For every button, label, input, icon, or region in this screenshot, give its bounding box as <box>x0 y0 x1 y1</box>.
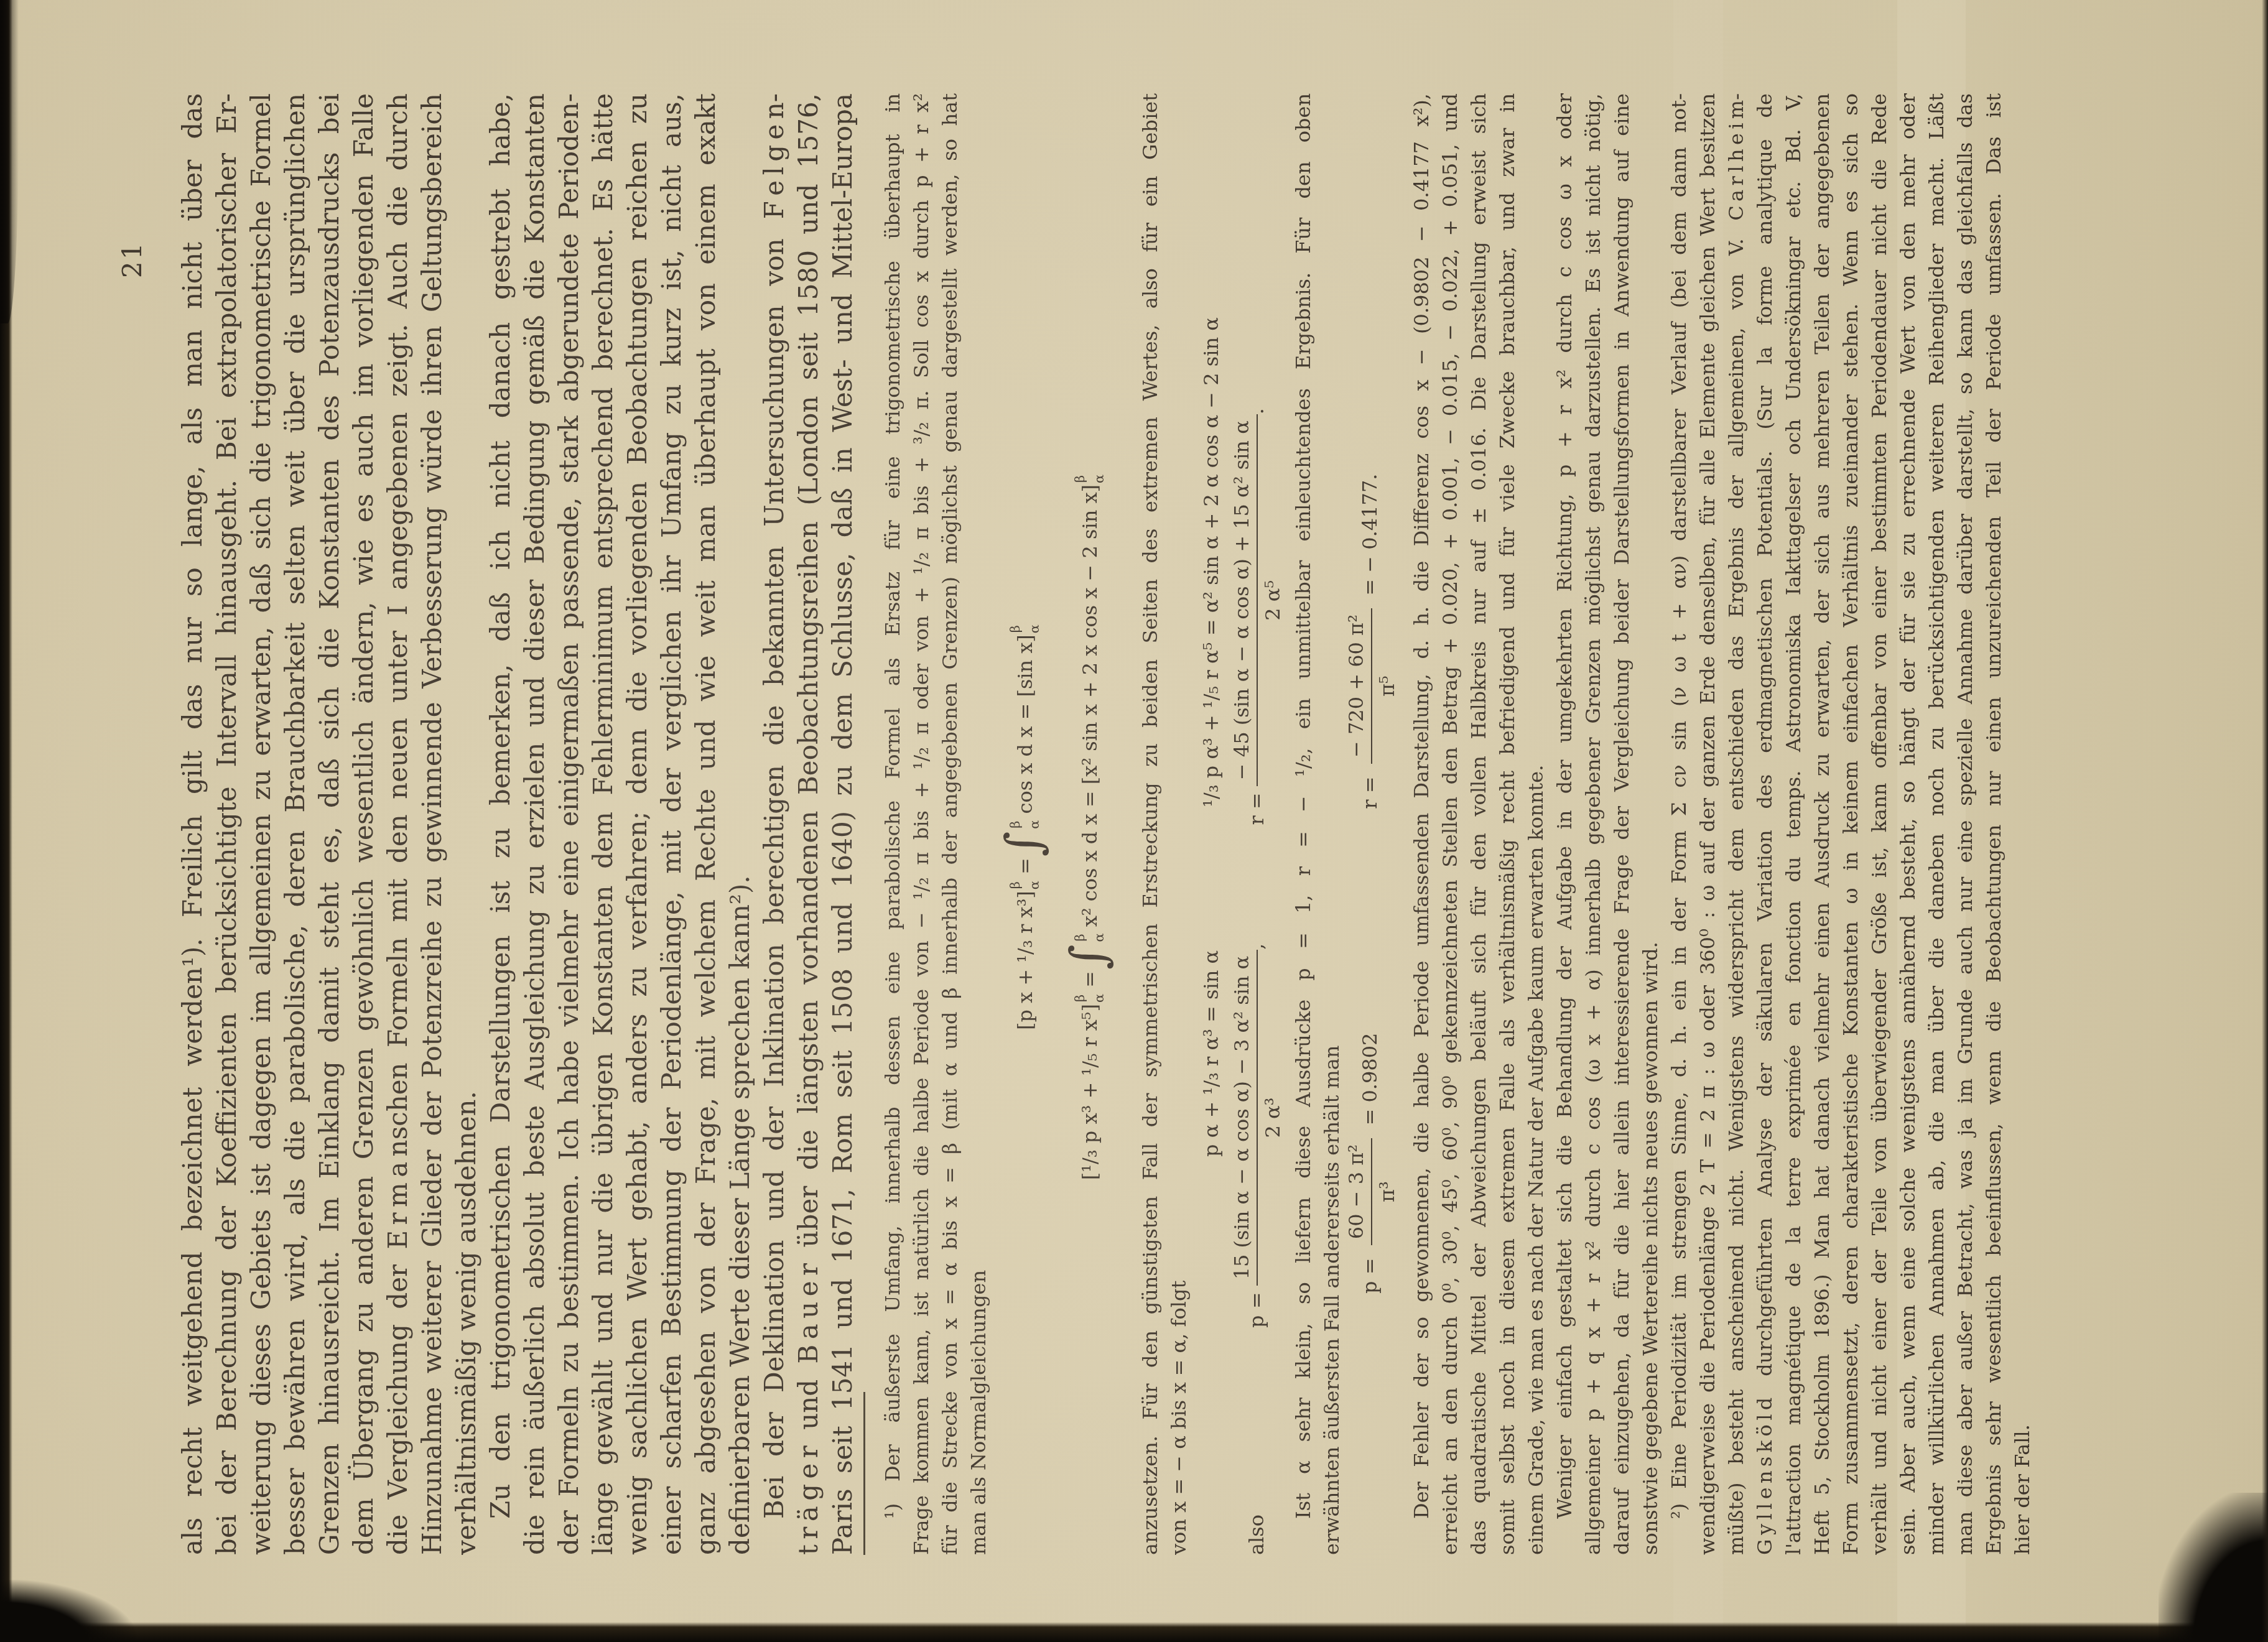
footnote-2: ²) Eine Periodizität im strengen Sinne, … <box>1665 93 2037 1555</box>
footnote-line: l'attraction magnétique de la terre expr… <box>1779 93 1808 1555</box>
footnote-line: Ergebnis sehr wesentlich beeinflussen, w… <box>1979 93 2008 1555</box>
eq-p-lhs: p = <box>1245 1292 1268 1328</box>
eq-rhs: = [x² sin x + 2 x cos x − 2 sin x] <box>1078 485 1102 807</box>
integral-sign: ∫ <box>1000 832 1048 857</box>
text-line: die Vergleichung der E r m a nschen Form… <box>381 93 415 1555</box>
footnote-line: sonstwie gegebene Wertereihe nichts neue… <box>1636 93 1665 1555</box>
footnote-line: allgemeiner p + q x + r x² durch c cos (… <box>1579 93 1607 1555</box>
integral-sign: ∫ <box>1064 944 1113 970</box>
footnote-1-text-c: Ist α sehr klein, so liefern diese Ausdr… <box>1289 93 1346 1555</box>
fraction-r-value: − 720 + 60 π²π⁵ <box>1342 608 1400 764</box>
text-line: wenig sachlichen Wert gehabt, anders zu … <box>620 93 654 1555</box>
footnote-line: ¹) Der äußerste Umfang, innerhalb dessen… <box>878 93 907 1555</box>
limits: βα <box>1009 820 1041 828</box>
limits: βα <box>1074 475 1106 483</box>
text-line: einer scharfen Bestimmung der Periodenlä… <box>654 93 689 1555</box>
text-line: Paris seit 1541 und 1671, Rom seit 1508 … <box>825 93 860 1555</box>
equation-pair: p α + ¹/₃ r α³ = sin α ¹/₃ p α³ + ¹/₅ r … <box>1196 93 1227 1555</box>
equation-solutions: also p = 15 (sin α − α cos α) − 3 α² sin… <box>1227 93 1286 1555</box>
text-line: die rein äußerlich absolut beste Ausglei… <box>518 93 552 1555</box>
text-line: definierbaren Werte dieser Länge spreche… <box>723 93 757 1555</box>
footnote-line: G y l l e n s k ö l d durchgeführten Ana… <box>1750 93 1779 1555</box>
footnote-line: Weniger einfach gestaltet sich die Behan… <box>1550 93 1579 1555</box>
footnote-line: erwähnten äußersten Fall andererseits er… <box>1318 93 1346 1555</box>
text-line: Grenzen hinausreicht. Im Einklang damit … <box>312 93 346 1555</box>
fraction-r: − 45 (sin α − α cos α) + 15 α² sin α2 α⁵ <box>1228 414 1285 786</box>
main-text: als recht weitgehend bezeichnet werden¹)… <box>175 93 860 1555</box>
footnote-line: wendigerweise die Periodenlänge 2 T = 2 … <box>1693 93 1722 1555</box>
text-line: als recht weitgehend bezeichnet werden¹)… <box>175 93 210 1555</box>
book-page: 21 als recht weitgehend bezeichnet werde… <box>0 0 2268 1642</box>
eq-label: also <box>1245 1514 1268 1555</box>
normal-equations: [p x + ¹/₃ r x³]βα = ∫βα cos x d x = [si… <box>993 0 1122 1555</box>
eq-integrand: cos x d x <box>1013 726 1037 814</box>
text-line: Bei der Deklination und der Inklination … <box>757 93 791 1555</box>
text-line: dem Übergang zu anderen Grenzen gewöhnli… <box>346 93 381 1555</box>
footnote-line: minder willkürlichen Annahmen ab, die ma… <box>1922 93 1951 1555</box>
equation-values: p = 60 − 3 π²π³ = 0.9802 r = − 720 + 60 … <box>1345 93 1397 1555</box>
eq-r-lhs: r = <box>1245 792 1268 825</box>
footnote-line: hier der Fall. <box>2008 93 2037 1555</box>
equation-integral-2: [¹/₃ p x³ + ¹/₅ r x⁵]βα = ∫βα x² cos x d… <box>1057 93 1122 1555</box>
page-number: 21 <box>117 241 147 278</box>
eq-rel: = <box>1013 858 1037 874</box>
eq-integrand: x² cos x d x <box>1078 814 1102 927</box>
text-line: ganz abgesehen von der Frage, mit welche… <box>689 93 723 1555</box>
equation-integral-1: [p x + ¹/₃ r x³]βα = ∫βα cos x d x = [si… <box>993 93 1057 1555</box>
eq-lhs: [¹/₃ p x³ + ¹/₅ r x⁵] <box>1078 1004 1102 1180</box>
limits: βα <box>1009 881 1041 889</box>
footnote-1-intro: ¹) Der äußerste Umfang, innerhalb dessen… <box>878 93 993 1555</box>
footnote-line: Der Fehler der so gewonnenen, die halbe … <box>1407 93 1436 1555</box>
eq-left: p α + ¹/₃ r α³ = sin α <box>1196 950 1227 1157</box>
footnote-line: Form zusammensetzt, deren charakteristis… <box>1836 93 1865 1555</box>
footnote-1-paragraph-2: Der Fehler der so gewonnenen, die halbe … <box>1407 93 1550 1555</box>
footnote-line: von x = − α bis x = α, folgt <box>1164 93 1193 1555</box>
footnote-separator-rule <box>863 1392 865 1555</box>
footnote-line: müßte) besteht anscheinend nicht. Wenigs… <box>1722 93 1750 1555</box>
text-line: besser bewähren wird, als die parabolisc… <box>278 93 312 1555</box>
limits: βα <box>1074 933 1106 942</box>
text-line: bei der Berechnung der Koeffizienten ber… <box>210 93 244 1555</box>
eq-p-tail: , <box>1245 944 1268 950</box>
text-line: länge gewählt und nur die übrigen Konsta… <box>586 93 620 1555</box>
footnote-1-paragraph-3: Weniger einfach gestaltet sich die Behan… <box>1550 93 1665 1555</box>
footnote-line: man als Normalgleichungen <box>964 93 993 1555</box>
footnote-1-text-b: anzusetzen. Für den günstigsten Fall der… <box>1136 93 1193 1555</box>
eq-r-tail: . <box>1245 408 1268 414</box>
footnote-line: ²) Eine Periodizität im strengen Sinne, … <box>1665 93 1693 1555</box>
footnote-line: das quadratische Mittel der Abweichungen… <box>1464 93 1493 1555</box>
eq-lhs: [p x + ¹/₃ r x³] <box>1013 891 1037 1030</box>
footnote-line: somit selbst noch in diesem extremen Fal… <box>1493 93 1522 1555</box>
text-line: Hinzunahme weiterer Glieder der Potenzre… <box>415 93 449 1555</box>
footnote-line: verhält und nicht einer der Teile von üb… <box>1865 93 1894 1555</box>
footnote-line: darauf einzugehen, da für die hier allei… <box>1607 93 1636 1555</box>
text-line: verhältnismäßig wenig ausdehnen. <box>449 93 483 1555</box>
limits: βα <box>1009 624 1041 633</box>
equation-system: p α + ¹/₃ r α³ = sin α ¹/₃ p α³ + ¹/₅ r … <box>1196 93 1286 1555</box>
eq-r: r = − 720 + 60 π²π⁵ = − 0.4177. <box>1342 474 1400 809</box>
limits: βα <box>1074 994 1106 1003</box>
fraction-p: 15 (sin α − α cos α) − 3 α² sin α2 α³ <box>1228 950 1285 1286</box>
text-line: Zu den trigonometrischen Darstellungen i… <box>483 93 518 1555</box>
eq-rhs: = [sin x] <box>1013 634 1037 720</box>
eq-right: ¹/₃ p α³ + ¹/₅ r α⁵ = α² sin α + 2 α cos… <box>1196 317 1227 807</box>
eq-p: p = 60 − 3 π²π³ = 0.9802 <box>1342 1033 1400 1294</box>
equation-numeric-results: p = 60 − 3 π²π³ = 0.9802 r = − 720 + 60 … <box>1345 93 1397 1555</box>
footnote-line: für die Strecke von x = α bis x = β (mit… <box>936 93 964 1555</box>
footnote-line: Ist α sehr klein, so liefern diese Ausdr… <box>1289 93 1318 1555</box>
text-line: t r ä g e r und B a u e r über die längs… <box>791 93 825 1555</box>
footnote-line: Heft 5, Stockholm 1896.) Man hat danach … <box>1808 93 1836 1555</box>
footnote-line: man diese aber außer Betracht, was ja im… <box>1951 93 1979 1555</box>
footnote-line: Frage kommen kann, ist natürlich die hal… <box>907 93 936 1555</box>
text-line: weiterung dieses Gebiets ist dagegen im … <box>244 93 278 1555</box>
text-line: der Formeln zu bestimmen. Ich habe vielm… <box>552 93 586 1555</box>
eq-rel: = <box>1078 971 1102 988</box>
footnote-line: erreicht an den durch 0⁰, 30⁰, 45⁰, 60⁰,… <box>1436 93 1464 1555</box>
footnote-line: sein. Aber auch, wenn eine solche wenigs… <box>1894 93 1922 1555</box>
fraction-p-value: 60 − 3 π²π³ <box>1342 1138 1400 1245</box>
scanned-page-screenshot: 21 als recht weitgehend bezeichnet werde… <box>0 0 2268 1642</box>
footnote-line: anzusetzen. Für den günstigsten Fall der… <box>1136 93 1164 1555</box>
footnote-line: einem Grade, wie man es nach der Natur d… <box>1522 93 1550 1555</box>
